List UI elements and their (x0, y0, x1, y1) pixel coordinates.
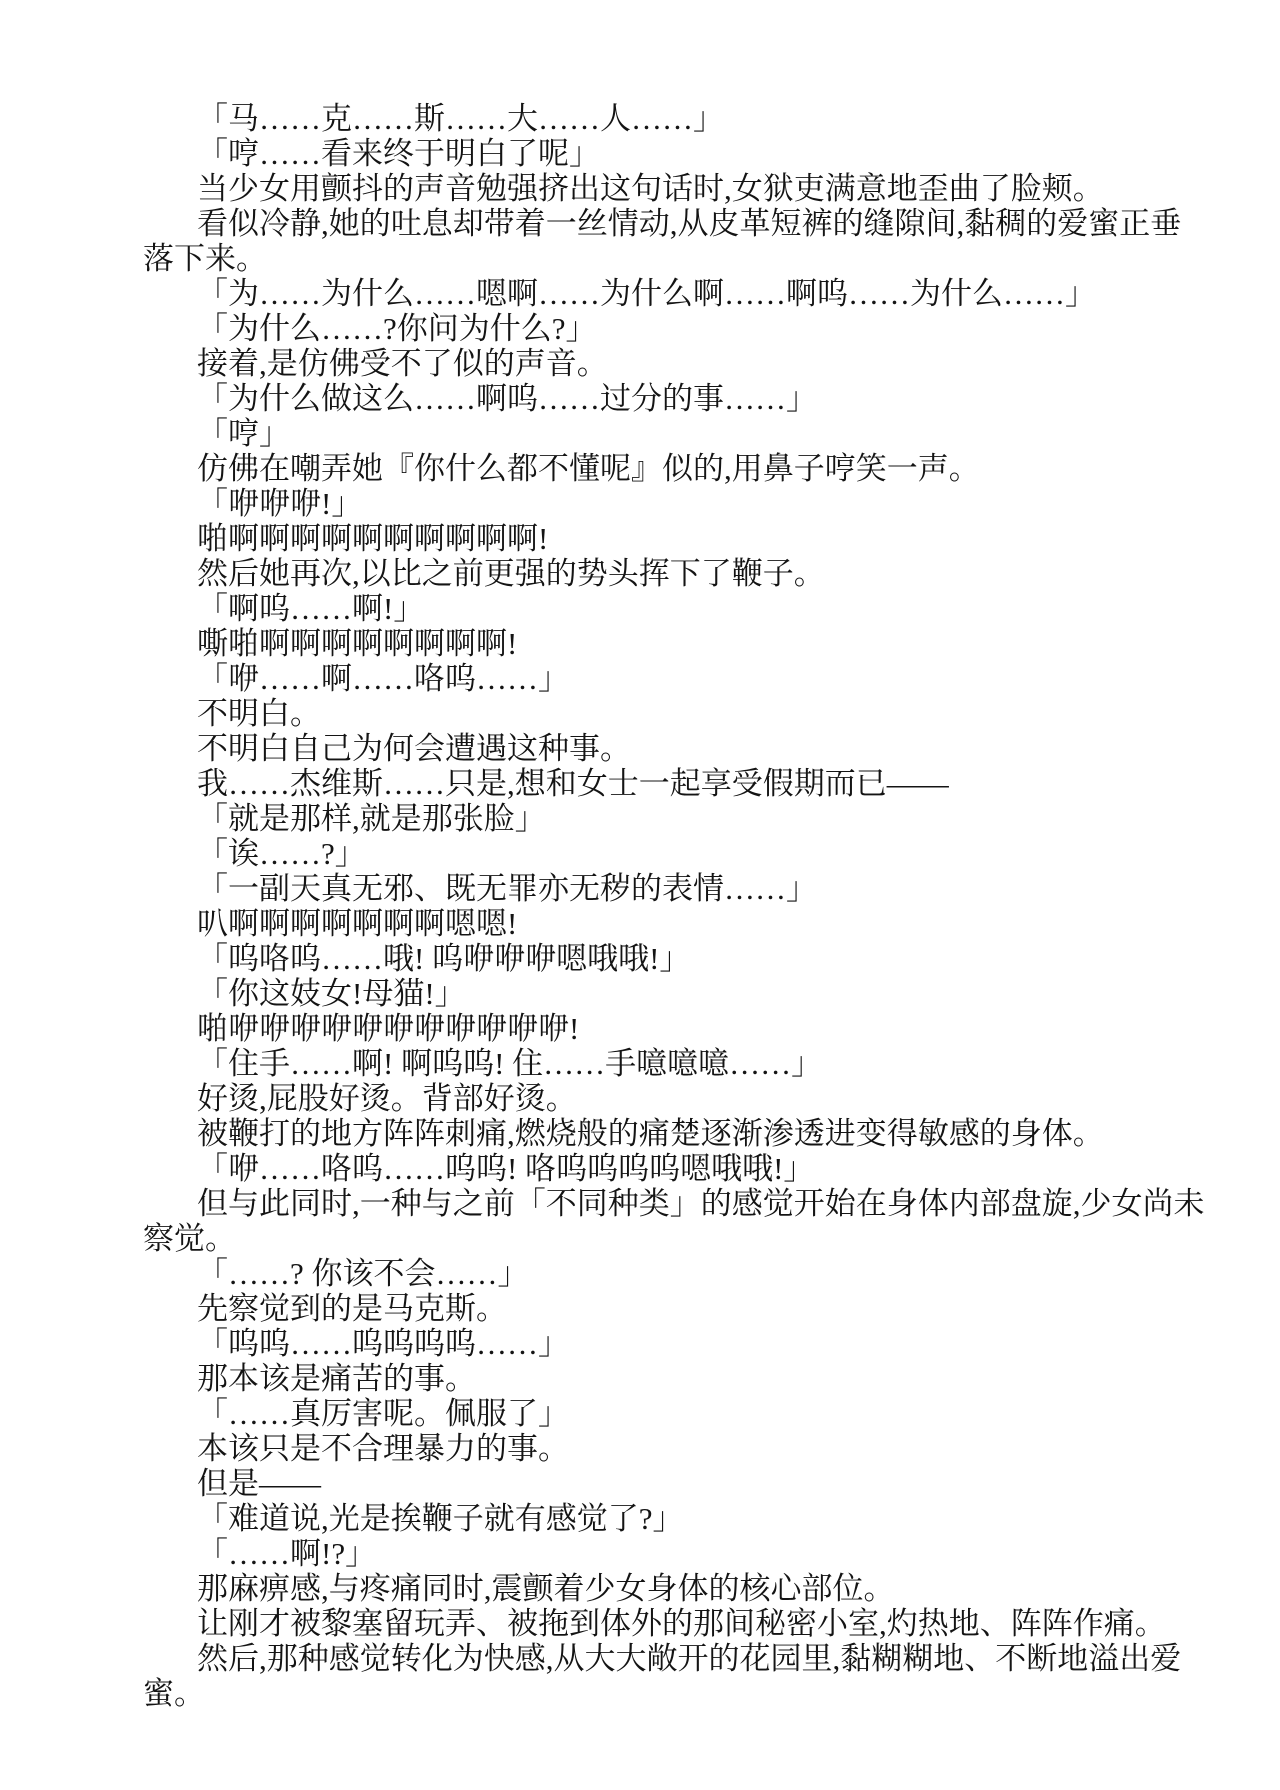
text-line: 本该只是不合理暴力的事。 (143, 1431, 1240, 1466)
text-line: 「……啊!?」 (143, 1536, 1240, 1571)
text-line: 然后,那种感觉转化为快感,从大大敞开的花园里,黏糊糊地、不断地溢出爱 (143, 1641, 1240, 1676)
text-line: 「……? 你该不会……」 (143, 1256, 1240, 1291)
text-line: 嘶啪啊啊啊啊啊啊啊啊! (143, 626, 1240, 661)
text-line: 「……真厉害呢。佩服了」 (143, 1396, 1240, 1431)
text-line: 察觉。 (143, 1221, 1240, 1256)
text-line: 「哼」 (143, 416, 1240, 451)
text-line: 那本该是痛苦的事。 (143, 1361, 1240, 1396)
text-line: 看似冷静,她的吐息却带着一丝情动,从皮革短裤的缝隙间,黏稠的爱蜜正垂 (143, 206, 1240, 241)
text-line: 「为什么做这么……啊呜……过分的事……」 (143, 381, 1240, 416)
text-line: 「诶……?」 (143, 836, 1240, 871)
text-line: 当少女用颤抖的声音勉强挤出这句话时,女狱吏满意地歪曲了脸颊。 (143, 171, 1240, 206)
text-line: 啪啊啊啊啊啊啊啊啊啊啊! (143, 521, 1240, 556)
page-text: 「马……克……斯……大……人……」「哼……看来终于明白了呢」当少女用颤抖的声音勉… (143, 101, 1240, 1711)
text-line: 先察觉到的是马克斯。 (143, 1291, 1240, 1326)
text-line: 叭啊啊啊啊啊啊啊嗯嗯! (143, 906, 1240, 941)
text-line: 不明白自己为何会遭遇这种事。 (143, 731, 1240, 766)
text-line: 落下来。 (143, 241, 1240, 276)
text-line: 啪咿咿咿咿咿咿咿咿咿咿咿! (143, 1011, 1240, 1046)
text-line: 好烫,屁股好烫。背部好烫。 (143, 1081, 1240, 1116)
text-line: 然后她再次,以比之前更强的势头挥下了鞭子。 (143, 556, 1240, 591)
text-line: 「住手……啊! 啊呜呜! 住……手噫噫噫……」 (143, 1046, 1240, 1081)
text-line: 「一副天真无邪、既无罪亦无秽的表情……」 (143, 871, 1240, 906)
page: 「马……克……斯……大……人……」「哼……看来终于明白了呢」当少女用颤抖的声音勉… (0, 0, 1280, 1790)
text-line: 那麻痹感,与疼痛同时,震颤着少女身体的核心部位。 (143, 1571, 1240, 1606)
text-line: 「为……为什么……嗯啊……为什么啊……啊呜……为什么……」 (143, 276, 1240, 311)
text-line: 让刚才被黎塞留玩弄、被拖到体外的那间秘密小室,灼热地、阵阵作痛。 (143, 1606, 1240, 1641)
text-line: 「就是那样,就是那张脸」 (143, 801, 1240, 836)
text-line: 仿佛在嘲弄她『你什么都不懂呢』似的,用鼻子哼笑一声。 (143, 451, 1240, 486)
text-line: 「呜呜……呜呜呜呜……」 (143, 1326, 1240, 1361)
text-line: 但是—— (143, 1466, 1240, 1501)
text-line: 「哼……看来终于明白了呢」 (143, 136, 1240, 171)
text-line: 「难道说,光是挨鞭子就有感觉了?」 (143, 1501, 1240, 1536)
text-line: 「啊呜……啊!」 (143, 591, 1240, 626)
text-line: 「你这妓女!母猫!」 (143, 976, 1240, 1011)
text-line: 「为什么……?你问为什么?」 (143, 311, 1240, 346)
text-line: 被鞭打的地方阵阵刺痛,燃烧般的痛楚逐渐渗透进变得敏感的身体。 (143, 1116, 1240, 1151)
text-line: 「马……克……斯……大……人……」 (143, 101, 1240, 136)
text-line: 「呜咯呜……哦! 呜咿咿咿嗯哦哦!」 (143, 941, 1240, 976)
document-page: { "page": { "background_color": "#ffffff… (0, 0, 1280, 1790)
text-line: 不明白。 (143, 696, 1240, 731)
text-line: 「咿……咯呜……呜呜! 咯呜呜呜呜嗯哦哦!」 (143, 1151, 1240, 1186)
text-line: 「咿……啊……咯呜……」 (143, 661, 1240, 696)
text-line: 接着,是仿佛受不了似的声音。 (143, 346, 1240, 381)
text-line: 蜜。 (143, 1676, 1240, 1711)
text-line: 我……杰维斯……只是,想和女士一起享受假期而已—— (143, 766, 1240, 801)
text-line: 「咿咿咿!」 (143, 486, 1240, 521)
text-line: 但与此同时,一种与之前「不同种类」的感觉开始在身体内部盘旋,少女尚未 (143, 1186, 1240, 1221)
